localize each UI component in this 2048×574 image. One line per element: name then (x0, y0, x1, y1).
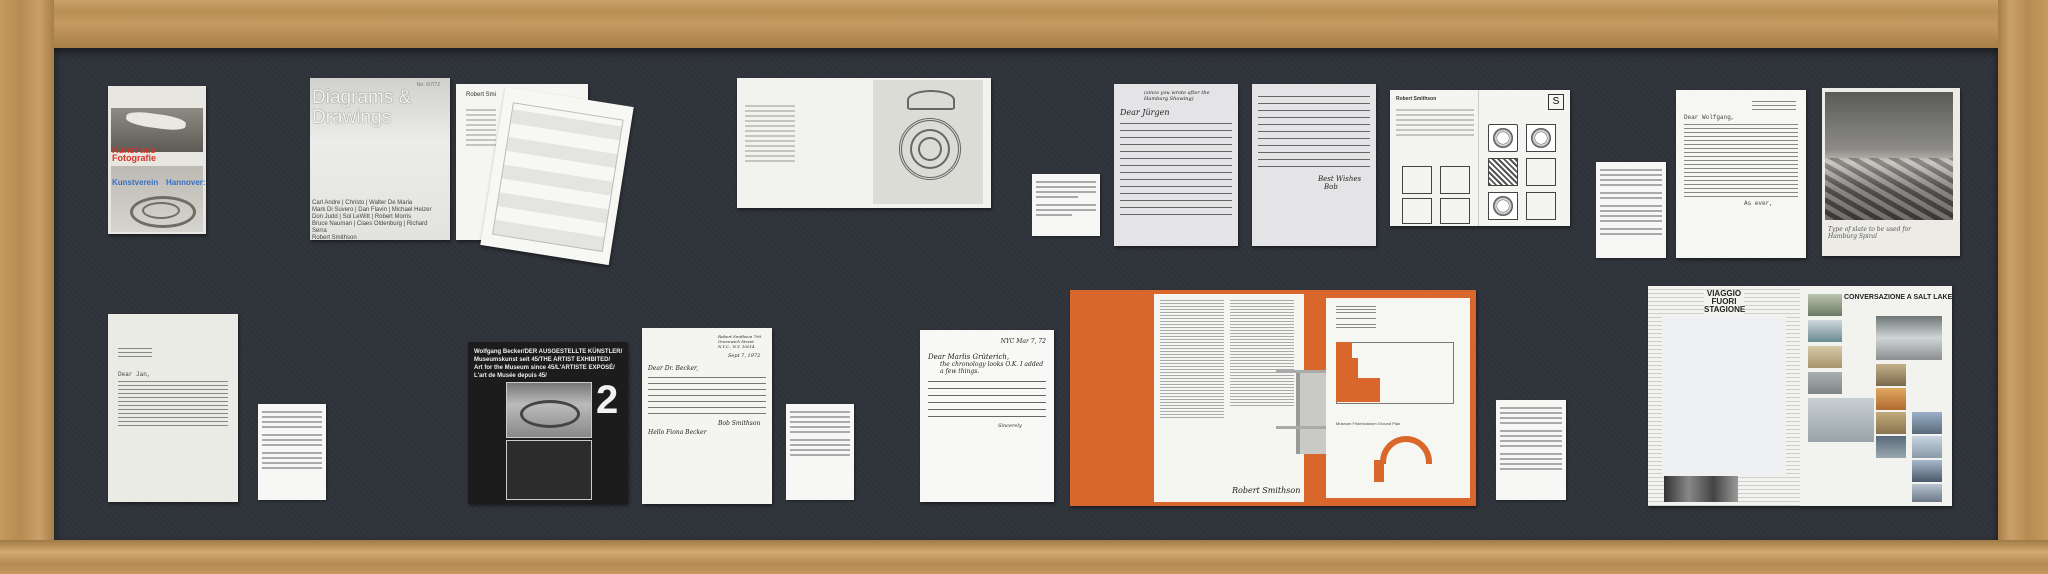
frame-bottom (0, 540, 2048, 574)
frame-right-side (1998, 0, 2048, 574)
frame-left-side (0, 0, 54, 574)
vitrine-shadow (54, 48, 1998, 540)
